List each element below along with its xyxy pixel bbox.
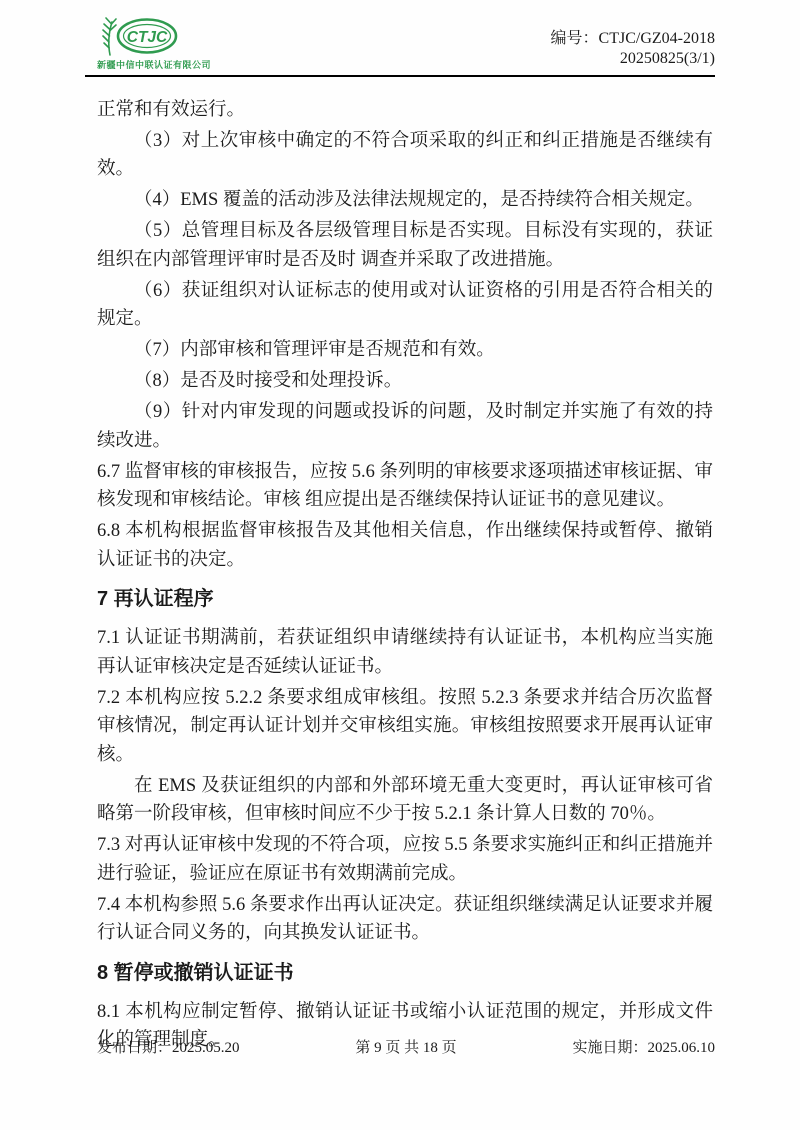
page-header: CTJC 新疆中信中联认证有限公司 编号：CTJC/GZ04-2018 2025… xyxy=(85,0,715,77)
page-number: 第 9 页 共 18 页 xyxy=(355,1036,456,1057)
paragraph: 7.4 本机构参照 5.6 条要求作出再认证决定。获证组织继续满足认证要求并履行… xyxy=(97,891,713,948)
paragraph: （8）是否及时接受和处理投诉。 xyxy=(97,367,713,396)
doc-code-label: 编号： xyxy=(551,30,599,47)
document-page: CTJC 新疆中信中联认证有限公司 编号：CTJC/GZ04-2018 2025… xyxy=(0,0,800,1130)
logo-block: CTJC 新疆中信中联认证有限公司 xyxy=(85,0,211,75)
paragraph: （3）对上次审核中确定的不符合项采取的纠正和纠正措施是否继续有效。 xyxy=(97,127,713,184)
paragraph: 7.1 认证证书期满前，若获证组织申请继续持有认证证书，本机构应当实施再认证审核… xyxy=(97,624,713,681)
section-heading: 7 再认证程序 xyxy=(97,583,713,615)
doc-code-value: CTJC/GZ04-2018 xyxy=(599,30,715,47)
paragraph: 7.3 对再认证审核中发现的不符合项，应按 5.5 条要求实施纠正和纠正措施并进… xyxy=(97,831,713,888)
paragraph: 6.7 监督审核的审核报告，应按 5.6 条列明的审核要求逐项描述审核证据、审核… xyxy=(97,458,713,515)
doc-revision: 20250825(3/1) xyxy=(551,49,715,69)
paragraph: 7.2 本机构应按 5.2.2 条要求组成审核组。按照 5.2.3 条要求并结合… xyxy=(97,684,713,770)
doc-code-block: 编号：CTJC/GZ04-2018 20250825(3/1) xyxy=(551,29,715,75)
paragraph: （5）总管理目标及各层级管理目标是否实现。目标没有实现的，获证组织在内部管理评审… xyxy=(97,217,713,274)
paragraph: 6.8 本机构根据监督审核报告及其他相关信息，作出继续保持或暂停、撤销认证证书的… xyxy=(97,517,713,574)
paragraph: 正常和有效运行。 xyxy=(97,96,713,125)
ctjc-logo-icon: CTJC xyxy=(97,15,179,57)
implementation-date: 实施日期：2025.06.10 xyxy=(572,1036,715,1057)
paragraph: （4）EMS 覆盖的活动涉及法律法规规定的，是否持续符合相关规定。 xyxy=(97,186,713,215)
section-heading: 8 暂停或撤销认证证书 xyxy=(97,957,713,989)
paragraph: （6）获证组织对认证标志的使用或对认证资格的引用是否符合相关的规定。 xyxy=(97,277,713,334)
release-date: 发布日期：2025.05.20 xyxy=(97,1036,240,1057)
doc-code-line: 编号：CTJC/GZ04-2018 xyxy=(551,29,715,49)
paragraph: 在 EMS 及获证组织的内部和外部环境无重大变更时，再认证审核可省略第一阶段审核… xyxy=(97,772,713,829)
svg-text:CTJC: CTJC xyxy=(127,29,168,46)
page-footer: 发布日期：2025.05.20 第 9 页 共 18 页 实施日期：2025.0… xyxy=(85,1036,715,1057)
paragraph: （7）内部审核和管理评审是否规范和有效。 xyxy=(97,336,713,365)
paragraph: （9）针对内审发现的问题或投诉的问题，及时制定并实施了有效的持续改进。 xyxy=(97,398,713,455)
company-name: 新疆中信中联认证有限公司 xyxy=(97,58,211,71)
document-body: 正常和有效运行。（3）对上次审核中确定的不符合项采取的纠正和纠正措施是否继续有效… xyxy=(85,77,715,1055)
